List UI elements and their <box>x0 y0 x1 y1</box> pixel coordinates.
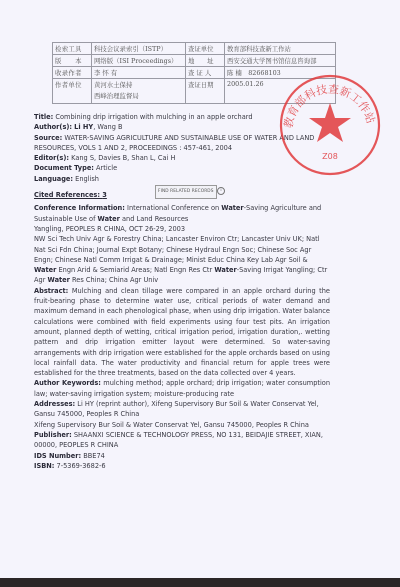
highlight-water: Water <box>34 266 56 274</box>
highlight-water: Water <box>214 266 236 274</box>
title-label: Title: <box>34 113 53 121</box>
verification-table: 检索工具 科技会议录索引（ISTP） 查证单位 教育部科技查新工作站 版 本 网… <box>52 42 336 104</box>
label-author-affiliation: 作者单位 <box>53 79 92 104</box>
cited-count: 3 <box>102 191 107 199</box>
author-keywords: Author Keywords: mulching method; apple … <box>34 378 330 399</box>
label-edition: 版 本 <box>53 55 92 67</box>
keywords-label: Author Keywords: <box>34 379 101 387</box>
conference-info: Conference Information: International Co… <box>34 203 330 224</box>
abstract-text: Mulching and clean tillage were compared… <box>34 287 330 377</box>
highlight-water: Water <box>221 204 243 212</box>
doctype-label: Document Type: <box>34 164 94 172</box>
abstract: Abstract: Mulching and clean tillage wer… <box>34 286 330 379</box>
source-label: Source: <box>34 134 62 142</box>
conference-label: Conference Information: <box>34 204 125 212</box>
isbn-label: ISBN: <box>34 462 54 470</box>
info-icon[interactable]: i <box>217 187 225 195</box>
address-2: Xifeng Supervisory Bur Soil & Water Cons… <box>34 420 330 430</box>
title-value: Combining drip irrigation with mulching … <box>55 113 252 121</box>
ids-value: BBE74 <box>83 452 105 460</box>
title-line: Title: Combining drip irrigation with mu… <box>34 112 330 122</box>
table-row: 作者单位 黄河水土保持 西峰治理监督局 查证日期 2005.01.26 <box>53 79 336 104</box>
sponsors-text: Res China; China Agr Univ <box>72 276 158 284</box>
value-verify-unit: 教育部科技查新工作站 <box>225 43 336 55</box>
scanned-page: 检索工具 科技会议录索引（ISTP） 查证单位 教育部科技查新工作站 版 本 网… <box>0 0 400 578</box>
sponsors-text: Engn Arid & Semiarid Areas; Natl Engn Re… <box>58 266 212 274</box>
authors-line: Author(s): Li HY, Wang B <box>34 122 330 132</box>
editors-value: Kang S, Davies B, Shan L, Cai H <box>71 154 175 162</box>
isbn: ISBN: 7-5369-3682-6 <box>34 461 330 471</box>
author-primary: Li HY <box>74 123 93 131</box>
publisher: Publisher: SHAANXI SCIENCE & TECHNOLOGY … <box>34 430 330 451</box>
publisher-label: Publisher: <box>34 431 72 439</box>
ids-label: IDS Number: <box>34 452 81 460</box>
abstract-label: Abstract: <box>34 287 68 295</box>
isbn-value: 7-5369-3682-6 <box>57 462 106 470</box>
value-address: 西安交通大学图书馆信息咨询部 <box>225 55 336 67</box>
doctype-line: Document Type: Article <box>34 163 330 173</box>
ids-number: IDS Number: BBE74 <box>34 451 330 461</box>
value-verify-date: 2005.01.26 <box>225 79 336 104</box>
doctype-value: Article <box>96 164 117 172</box>
authors-label: Author(s): <box>34 123 72 131</box>
language-line: Language: English <box>34 174 330 184</box>
language-label: Language: <box>34 175 73 183</box>
sponsors: NW Sci Tech Univ Agr & Forestry China; L… <box>34 234 330 285</box>
label-search-tool: 检索工具 <box>53 43 92 55</box>
author-others: , Wang B <box>93 123 122 131</box>
table-row: 收录作者 李 怀 有 查 证 人 陈 楠 82668103 <box>53 67 336 79</box>
label-address: 地 址 <box>186 55 225 67</box>
affiliation-line-2: 西峰治理监督局 <box>94 91 183 100</box>
conf-text: International Conference on <box>127 204 219 212</box>
table-row: 版 本 网络版（ISI Proceedings） 地 址 西安交通大学图书馆信息… <box>53 55 336 67</box>
value-indexed-author: 李 怀 有 <box>92 67 186 79</box>
addresses: Addresses: Li HY (reprint author), Xifen… <box>34 399 330 420</box>
editors-line: Editor(s): Kang S, Davies B, Shan L, Cai… <box>34 153 330 163</box>
value-search-tool: 科技会议录索引（ISTP） <box>92 43 186 55</box>
value-verifier: 陈 楠 82668103 <box>225 67 336 79</box>
highlight-water: Water <box>98 215 120 223</box>
label-indexed-author: 收录作者 <box>53 67 92 79</box>
label-verify-unit: 查证单位 <box>186 43 225 55</box>
table-row: 检索工具 科技会议录索引（ISTP） 查证单位 教育部科技查新工作站 <box>53 43 336 55</box>
cited-label: Cited References: <box>34 191 100 199</box>
publisher-text: SHAANXI SCIENCE & TECHNOLOGY PRESS, NO 1… <box>34 431 323 449</box>
conference-place: Yangling, PEOPLES R CHINA, OCT 26-29, 20… <box>34 224 330 234</box>
label-verifier: 查 证 人 <box>186 67 225 79</box>
cited-references-link[interactable]: Cited References: 3 <box>34 191 107 199</box>
language-value: English <box>75 175 99 183</box>
source-value: WATER-SAVING AGRICULTURE AND SUSTAINABLE… <box>34 134 314 152</box>
label-verify-date: 查证日期 <box>186 79 225 104</box>
addresses-label: Addresses: <box>34 400 75 408</box>
record-body: Title: Combining drip irrigation with mu… <box>34 112 330 471</box>
find-related-records-button[interactable]: FIND RELATED RECORDS <box>155 185 217 199</box>
conf-text: and Land Resources <box>122 215 188 223</box>
editors-label: Editor(s): <box>34 154 69 162</box>
source-line: Source: WATER-SAVING AGRICULTURE AND SUS… <box>34 133 330 154</box>
value-author-affiliation: 黄河水土保持 西峰治理监督局 <box>92 79 186 104</box>
scan-edge <box>0 578 400 587</box>
value-edition: 网络版（ISI Proceedings） <box>92 55 186 67</box>
highlight-water: Water <box>48 276 70 284</box>
sponsors-text: NW Sci Tech Univ Agr & Forestry China; L… <box>34 235 320 264</box>
cited-line: Cited References: 3 FIND RELATED RECORDS… <box>34 190 330 200</box>
affiliation-line-1: 黄河水土保持 <box>94 80 183 89</box>
addresses-text: Li HY (reprint author), Xifeng Superviso… <box>34 400 319 418</box>
